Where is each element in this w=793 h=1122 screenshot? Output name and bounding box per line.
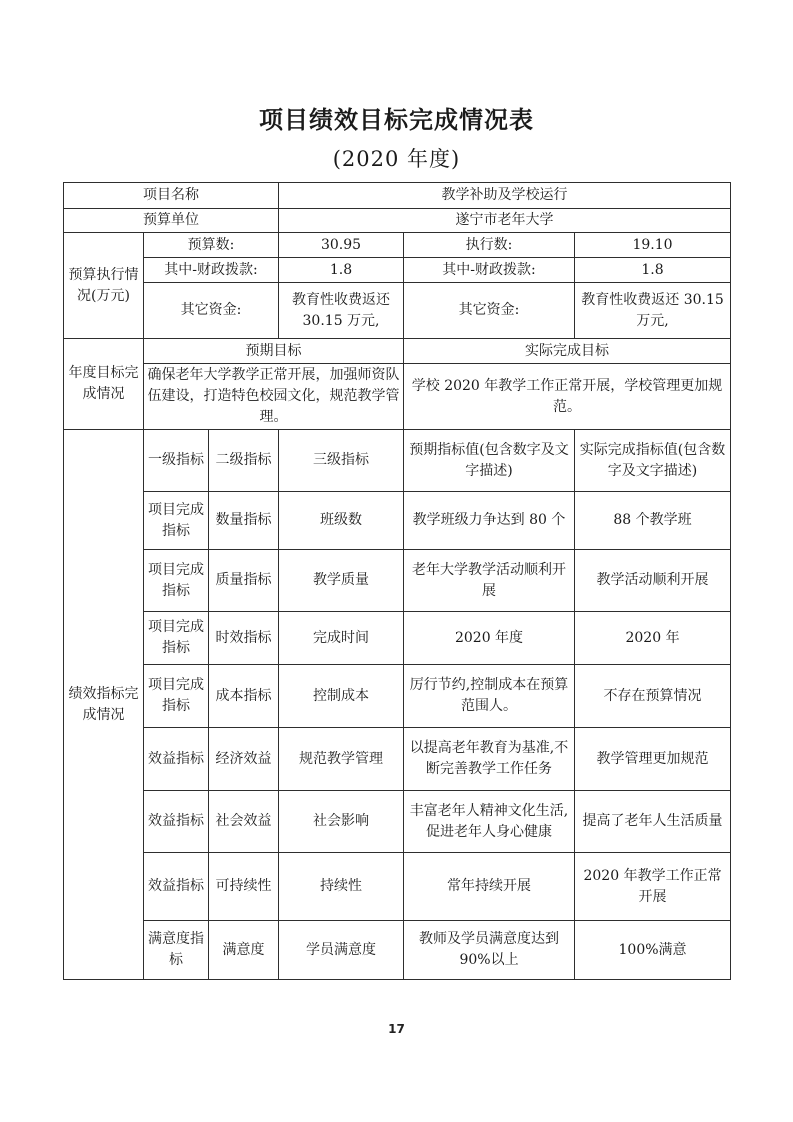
budget-value: 教育性收费返还 30.15 万元, (575, 283, 731, 339)
indicator-level2-cell: 社会效益 (209, 791, 279, 853)
indicator-level2-cell: 质量指标 (209, 550, 279, 612)
table-row: 项目名称 教学补助及学校运行 (64, 183, 731, 209)
indicator-level3-cell: 完成时间 (279, 612, 404, 665)
indicator-header-level2: 二级指标 (209, 430, 279, 492)
table-row: 效益指标 社会效益 社会影响 丰富老年人精神文化生活,促进老年人身心健康 提高了… (64, 791, 731, 853)
budget-key: 其中-财政拨款: (404, 258, 575, 283)
table-row: 满意度指标 满意度 学员满意度 教师及学员满意度达到 90%以上 100%满意 (64, 921, 731, 980)
expected-target-header: 预期目标 (144, 339, 404, 364)
budget-value: 1.8 (575, 258, 731, 283)
project-name-value: 教学补助及学校运行 (279, 183, 731, 209)
indicator-section-label: 绩效指标完成情况 (64, 430, 144, 980)
indicator-level1-cell: 项目完成指标 (144, 612, 209, 665)
budget-key: 预算数: (144, 233, 279, 258)
indicator-actual-cell: 教学活动顺利开展 (575, 550, 731, 612)
expected-target-text: 确保老年大学教学正常开展，加强师资队伍建设，打造特色校园文化，规范教学管理。 (144, 364, 404, 430)
indicator-level3-cell: 学员满意度 (279, 921, 404, 980)
indicator-level2-cell: 数量指标 (209, 492, 279, 550)
indicator-expected-cell: 以提高老年教育为基准,不断完善教学工作任务 (404, 728, 575, 791)
indicator-level1-cell: 项目完成指标 (144, 550, 209, 612)
budget-key: 其它资金: (404, 283, 575, 339)
table-row: 项目完成指标 质量指标 教学质量 老年大学教学活动顺利开展 教学活动顺利开展 (64, 550, 731, 612)
indicator-actual-cell: 2020 年教学工作正常开展 (575, 853, 731, 921)
indicator-level2-cell: 成本指标 (209, 665, 279, 728)
table-row: 效益指标 经济效益 规范教学管理 以提高老年教育为基准,不断完善教学工作任务 教… (64, 728, 731, 791)
actual-target-text: 学校 2020 年教学工作正常开展，学校管理更加规范。 (404, 364, 731, 430)
table-row: 效益指标 可持续性 持续性 常年持续开展 2020 年教学工作正常开展 (64, 853, 731, 921)
annual-section-label: 年度目标完成情况 (64, 339, 144, 430)
indicator-level3-cell: 规范教学管理 (279, 728, 404, 791)
budget-value: 30.95 (279, 233, 404, 258)
table-row: 预算执行情况(万元) 预算数: 30.95 执行数: 19.10 (64, 233, 731, 258)
indicator-actual-cell: 100%满意 (575, 921, 731, 980)
indicator-level1-cell: 效益指标 (144, 853, 209, 921)
performance-table: 项目名称 教学补助及学校运行 预算单位 遂宁市老年大学 预算执行情况(万元) 预… (63, 182, 731, 980)
page-title: 项目绩效目标完成情况表 (0, 100, 793, 135)
budget-value: 1.8 (279, 258, 404, 283)
indicator-expected-cell: 厉行节约,控制成本在预算范围人。 (404, 665, 575, 728)
table-row: 其中-财政拨款: 1.8 其中-财政拨款: 1.8 (64, 258, 731, 283)
indicator-level3-cell: 班级数 (279, 492, 404, 550)
indicator-header-expected: 预期指标值(包含数字及文字描述) (404, 430, 575, 492)
budget-key: 其它资金: (144, 283, 279, 339)
indicator-actual-cell: 2020 年 (575, 612, 731, 665)
indicator-level1-cell: 项目完成指标 (144, 665, 209, 728)
indicator-level3-cell: 社会影响 (279, 791, 404, 853)
indicator-expected-cell: 教学班级力争达到 80 个 (404, 492, 575, 550)
indicator-actual-cell: 88 个教学班 (575, 492, 731, 550)
indicator-header-level1: 一级指标 (144, 430, 209, 492)
indicator-level2-cell: 满意度 (209, 921, 279, 980)
indicator-level3-cell: 持续性 (279, 853, 404, 921)
table-row: 预算单位 遂宁市老年大学 (64, 209, 731, 233)
table-row: 项目完成指标 数量指标 班级数 教学班级力争达到 80 个 88 个教学班 (64, 492, 731, 550)
indicator-expected-cell: 丰富老年人精神文化生活,促进老年人身心健康 (404, 791, 575, 853)
indicator-expected-cell: 教师及学员满意度达到 90%以上 (404, 921, 575, 980)
indicator-header-level3: 三级指标 (279, 430, 404, 492)
indicator-actual-cell: 教学管理更加规范 (575, 728, 731, 791)
table-row: 项目完成指标 成本指标 控制成本 厉行节约,控制成本在预算范围人。 不存在预算情… (64, 665, 731, 728)
indicator-header-actual: 实际完成指标值(包含数字及文字描述) (575, 430, 731, 492)
page-subtitle: (2020 年度) (0, 143, 793, 173)
indicator-actual-cell: 不存在预算情况 (575, 665, 731, 728)
budget-key: 其中-财政拨款: (144, 258, 279, 283)
indicator-level3-cell: 控制成本 (279, 665, 404, 728)
indicator-expected-cell: 2020 年度 (404, 612, 575, 665)
budget-key: 执行数: (404, 233, 575, 258)
table-row: 确保老年大学教学正常开展，加强师资队伍建设，打造特色校园文化，规范教学管理。 学… (64, 364, 731, 430)
budget-unit-label: 预算单位 (64, 209, 279, 233)
table-row: 年度目标完成情况 预期目标 实际完成目标 (64, 339, 731, 364)
indicator-level2-cell: 可持续性 (209, 853, 279, 921)
project-name-label: 项目名称 (64, 183, 279, 209)
indicator-expected-cell: 老年大学教学活动顺利开展 (404, 550, 575, 612)
page-number: 17 (0, 1022, 793, 1036)
table-row: 其它资金: 教育性收费返还 30.15 万元, 其它资金: 教育性收费返还 30… (64, 283, 731, 339)
indicator-level1-cell: 效益指标 (144, 728, 209, 791)
actual-target-header: 实际完成目标 (404, 339, 731, 364)
budget-value: 教育性收费返还 30.15 万元, (279, 283, 404, 339)
indicator-level3-cell: 教学质量 (279, 550, 404, 612)
indicator-level1-cell: 项目完成指标 (144, 492, 209, 550)
indicator-actual-cell: 提高了老年人生活质量 (575, 791, 731, 853)
indicator-level2-cell: 时效指标 (209, 612, 279, 665)
indicator-level1-cell: 满意度指标 (144, 921, 209, 980)
table-row: 项目完成指标 时效指标 完成时间 2020 年度 2020 年 (64, 612, 731, 665)
document-page: 项目绩效目标完成情况表 (2020 年度) 项目名称 教学补助及学校运行 预算单… (0, 0, 793, 1122)
indicator-expected-cell: 常年持续开展 (404, 853, 575, 921)
budget-value: 19.10 (575, 233, 731, 258)
budget-section-label: 预算执行情况(万元) (64, 233, 144, 339)
table-row: 绩效指标完成情况 一级指标 二级指标 三级指标 预期指标值(包含数字及文字描述)… (64, 430, 731, 492)
indicator-level2-cell: 经济效益 (209, 728, 279, 791)
budget-unit-value: 遂宁市老年大学 (279, 209, 731, 233)
indicator-level1-cell: 效益指标 (144, 791, 209, 853)
